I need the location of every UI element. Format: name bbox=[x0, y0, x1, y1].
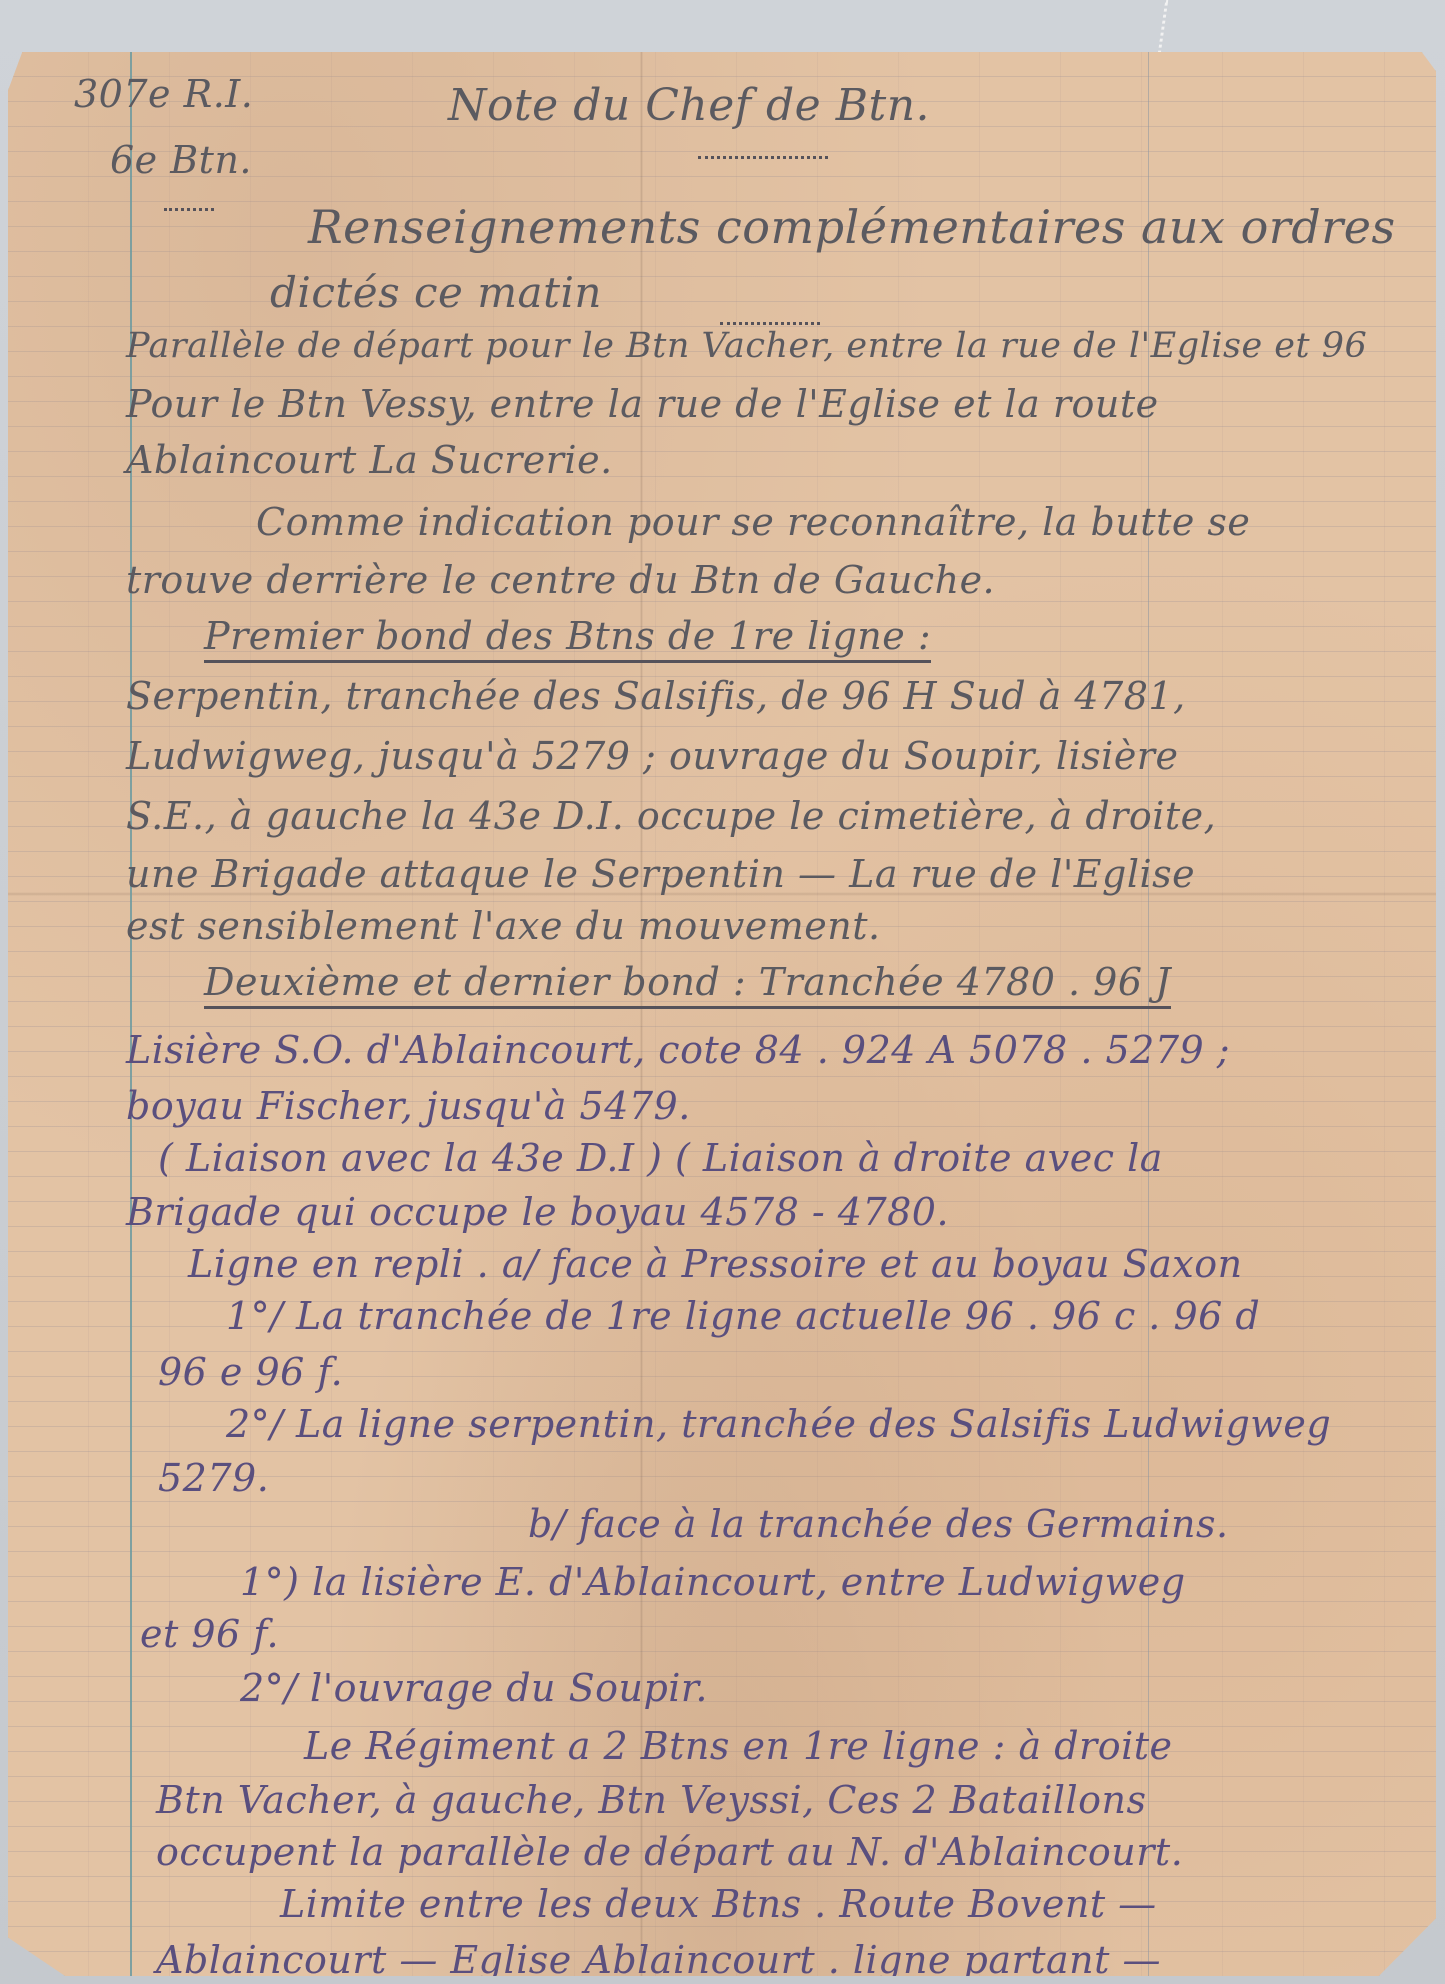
body-line-25: 2°/ l'ouvrage du Soupir. bbox=[240, 1666, 708, 1710]
body-line-6: Premier bond des Btns de 1re ligne : bbox=[204, 614, 931, 658]
body-line-5: trouve derrière le centre du Btn de Gauc… bbox=[126, 558, 995, 602]
battalion-label: 6e Btn. bbox=[110, 138, 252, 182]
document-title: Note du Chef de Btn. bbox=[448, 80, 930, 131]
body-line-16: Brigade qui occupe le boyau 4578 - 4780. bbox=[126, 1190, 949, 1234]
body-line-28: occupent la parallèle de départ au N. d'… bbox=[156, 1830, 1183, 1874]
body-line-13: Lisière S.O. d'Ablaincourt, cote 84 . 92… bbox=[126, 1028, 1230, 1072]
body-line-11: est sensiblement l'axe du mouvement. bbox=[126, 904, 881, 948]
deuxieme-bond-heading: Deuxième et dernier bond : Tranchée 4780… bbox=[204, 960, 1171, 1009]
body-line-29: Limite entre les deux Btns . Route Boven… bbox=[280, 1882, 1157, 1926]
body-line-22: b/ face à la tranchée des Germains. bbox=[528, 1502, 1229, 1546]
body-line-14: boyau Fischer, jusqu'à 5479. bbox=[126, 1084, 691, 1128]
subtitle-squiggle bbox=[720, 314, 820, 325]
body-line-21: 5279. bbox=[158, 1456, 269, 1500]
premier-bond-heading: Premier bond des Btns de 1re ligne : bbox=[204, 614, 931, 663]
body-line-7: Serpentin, tranchée des Salsifis, de 96 … bbox=[126, 674, 1186, 718]
subtitle-line-2: dictés ce matin bbox=[270, 268, 602, 317]
body-line-26: Le Régiment a 2 Btns en 1re ligne : à dr… bbox=[304, 1724, 1172, 1768]
body-line-4: Comme indication pour se reconnaître, la… bbox=[256, 500, 1250, 544]
body-line-15: ( Liaison avec la 43e D.I ) ( Liaison à … bbox=[158, 1136, 1163, 1180]
body-line-19: 96 e 96 f. bbox=[158, 1350, 343, 1394]
body-line-12: Deuxième et dernier bond : Tranchée 4780… bbox=[204, 960, 1171, 1004]
body-line-18: 1°/ La tranchée de 1re ligne actuelle 96… bbox=[226, 1294, 1260, 1338]
body-line-10: une Brigade attaque le Serpentin — La ru… bbox=[126, 852, 1195, 896]
body-line-23: 1°) la lisière E. d'Ablaincourt, entre L… bbox=[240, 1560, 1186, 1604]
subtitle-line-1: Renseignements complémentaires aux ordre… bbox=[308, 200, 1396, 254]
body-line-20: 2°/ La ligne serpentin, tranchée des Sal… bbox=[226, 1402, 1331, 1446]
body-line-9: S.E., à gauche la 43e D.I. occupe le cim… bbox=[126, 794, 1216, 838]
body-line-17: Ligne en repli . a/ face à Pressoire et … bbox=[188, 1242, 1243, 1286]
body-line-3: Ablaincourt La Sucrerie. bbox=[126, 438, 613, 482]
regiment-label: 307e R.I. bbox=[74, 72, 253, 116]
document-page: 307e R.I. 6e Btn. Note du Chef de Btn. R… bbox=[8, 52, 1436, 1976]
body-line-30: Ablaincourt — Eglise Ablaincourt . ligne… bbox=[156, 1938, 1161, 1982]
body-line-1: Parallèle de départ pour le Btn Vacher, … bbox=[126, 326, 1367, 366]
body-line-27: Btn Vacher, à gauche, Btn Veyssi, Ces 2 … bbox=[156, 1778, 1147, 1822]
title-squiggle bbox=[698, 148, 828, 159]
header-squiggle bbox=[164, 200, 214, 211]
body-line-24: et 96 f. bbox=[140, 1612, 279, 1656]
body-line-8: Ludwigweg, jusqu'à 5279 ; ouvrage du Sou… bbox=[126, 734, 1178, 778]
body-line-2: Pour le Btn Vessy, entre la rue de l'Egl… bbox=[126, 382, 1159, 426]
